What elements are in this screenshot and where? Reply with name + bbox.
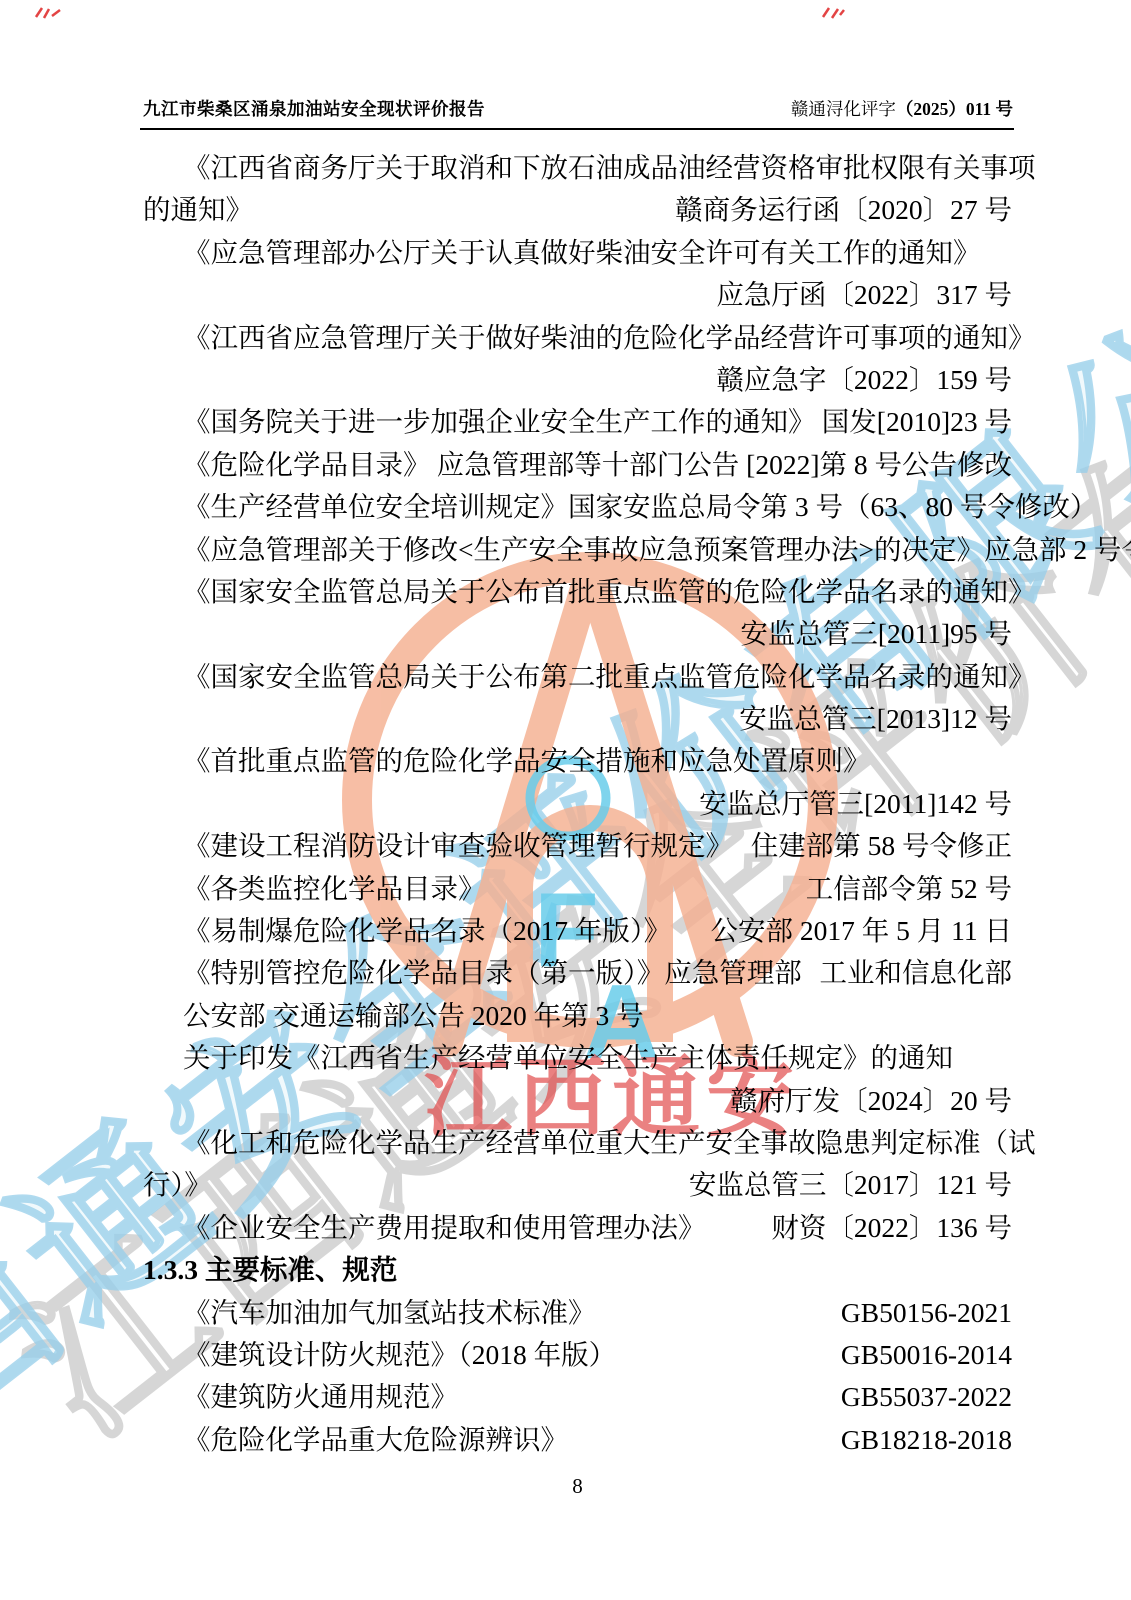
doc-line: 《建筑防火通用规范》GB55037-2022 [143,1376,1012,1418]
doc-line-title: 关于印发《江西省生产经营单位安全生产主体责任规定》的通知 [143,1037,953,1079]
doc-line-title: 《特别管控危险化学品目录（第一版）》应急管理部 [143,952,802,994]
doc-line-number: 赣应急字〔2022〕159 号 [716,359,1012,401]
doc-line: 《应急管理部关于修改<生产安全事故应急预案管理办法>的决定》应急部 2 号令 [143,529,1012,571]
doc-line-title: 《首批重点监管的危险化学品安全措施和应急处置原则》 [143,740,871,782]
doc-line: 《各类监控化学品目录》工信部令第 52 号 [143,868,1012,910]
page-number: 8 [143,1474,1012,1499]
doc-line-number: 国家安监总局令第 3 号（63、80 号令修改） [568,486,1097,528]
document-page: 江西通安全评价有限公司 江西通安全评价有限公司 F A 江西通安 九江市柴桑区涌… [0,0,1131,1600]
doc-line-number: 安监总管三[2011]95 号 [740,613,1012,655]
doc-line: 《建设工程消防设计审查验收管理暂行规定》住建部第 58 号令修正 [143,825,1012,867]
doc-line-number: 公安部 2017 年 5 月 11 日 [711,910,1012,952]
doc-line-title: 《各类监控化学品目录》 [143,868,486,910]
doc-line-number: 安监总管三[2013]12 号 [739,698,1012,740]
doc-line: 行）》安监总管三〔2017〕121 号 [143,1164,1012,1206]
doc-line-title: 《生产经营单位安全培训规定》 [143,486,568,528]
doc-line: 《建筑设计防火规范》（2018 年版）GB50016-2014 [143,1334,1012,1376]
doc-line-title: 《应急管理部办公厅关于认真做好柴油安全许可有关工作的通知》 [143,232,981,274]
doc-line-number: 应急管理部等十部门公告 [2022]第 8 号公告修改 [437,444,1012,486]
doc-line: 《首批重点监管的危险化学品安全措施和应急处置原则》 [143,740,1012,782]
doc-line: 《特别管控危险化学品目录（第一版）》应急管理部工业和信息化部 [143,952,1012,994]
doc-line: 《江西省商务厅关于取消和下放石油成品油经营资格审批权限有关事项 [143,147,1012,189]
doc-line: 《危险化学品目录》应急管理部等十部门公告 [2022]第 8 号公告修改 [143,444,1012,486]
doc-line: 《汽车加油加气加氢站技术标准》GB50156-2021 [143,1292,1012,1334]
doc-line-number: GB55037-2022 [841,1376,1012,1418]
doc-line: 安监总管三[2013]12 号 [143,698,1012,740]
doc-line: 的通知》赣商务运行函〔2020〕27 号 [143,189,1012,231]
doc-line-number: GB18218-2018 [841,1419,1012,1461]
doc-line-number: GB50016-2014 [841,1334,1012,1376]
header-document-code: 赣通浔化评字（2025）011 号 [791,96,1013,121]
document-body: 《江西省商务厅关于取消和下放石油成品油经营资格审批权限有关事项的通知》赣商务运行… [143,147,1012,1461]
doc-line-title: 《国家安全监管总局关于公布首批重点监管的危险化学品名录的通知》 [143,571,1036,613]
doc-line: 《易制爆危险化学品名录（2017 年版）》公安部 2017 年 5 月 11 日 [143,910,1012,952]
doc-line-title: 《建筑防火通用规范》 [143,1376,458,1418]
doc-line-title: 《汽车加油加气加氢站技术标准》 [143,1292,596,1334]
doc-line: 应急厅函〔2022〕317 号 [143,274,1012,316]
doc-line-number: 赣商务运行函〔2020〕27 号 [675,189,1012,231]
red-annotation-mark-left [34,5,64,21]
doc-line-title: 《建筑设计防火规范》（2018 年版） [143,1334,616,1376]
doc-line-title: 《易制爆危险化学品名录（2017 年版）》 [143,910,671,952]
doc-line-number: 安监总管三〔2017〕121 号 [689,1164,1012,1206]
doc-line: 《化工和危险化学品生产经营单位重大生产安全事故隐患判定标准（试 [143,1122,1012,1164]
doc-line-number: 财资〔2022〕136 号 [771,1207,1012,1249]
header-report-title: 九江市柴桑区涌泉加油站安全现状评价报告 [143,96,485,121]
doc-line-title: 行）》 [143,1164,212,1206]
doc-line-number: GB50156-2021 [841,1292,1012,1334]
doc-line-number: 应急部 2 号令 [984,529,1131,571]
doc-line-title: 公安部 交通运输部公告 2020 年第 3 号 [143,995,644,1037]
header-code-prefix: 赣通浔化评字 [791,99,896,119]
doc-line-title: 1.3.3 主要标准、规范 [143,1249,397,1291]
doc-line-number: 应急厅函〔2022〕317 号 [716,274,1012,316]
doc-line-title: 的通知》 [143,189,253,231]
doc-line: 《企业安全生产费用提取和使用管理办法》财资〔2022〕136 号 [143,1207,1012,1249]
doc-line: 《国家安全监管总局关于公布首批重点监管的危险化学品名录的通知》 [143,571,1012,613]
doc-line: 《危险化学品重大危险源辨识》GB18218-2018 [143,1419,1012,1461]
doc-line: 《生产经营单位安全培训规定》国家安监总局令第 3 号（63、80 号令修改） [143,486,1012,528]
doc-line-title: 《企业安全生产费用提取和使用管理办法》 [143,1207,706,1249]
doc-line: 关于印发《江西省生产经营单位安全生产主体责任规定》的通知 [143,1037,1012,1079]
doc-line-title: 《应急管理部关于修改<生产安全事故应急预案管理办法>的决定》 [143,529,984,571]
doc-line: 安监总管三[2011]95 号 [143,613,1012,655]
header-divider-line [140,128,1014,130]
doc-line-title: 《国务院关于进一步加强企业安全生产工作的通知》 [143,401,816,443]
doc-line-title: 《危险化学品重大危险源辨识》 [143,1419,568,1461]
doc-line-title: 《危险化学品目录》 [143,444,431,486]
doc-line: 赣府厅发〔2024〕20 号 [143,1080,1012,1122]
doc-line: 《国务院关于进一步加强企业安全生产工作的通知》国发[2010]23 号 [143,401,1012,443]
doc-line: 安监总厅管三[2011]142 号 [143,783,1012,825]
doc-line-number: 国发[2010]23 号 [822,401,1012,443]
doc-line-title: 《江西省应急管理厅关于做好柴油的危险化学品经营许可事项的通知》 [143,317,1036,359]
header-code-number: （2025）011 号 [896,99,1013,119]
doc-line: 公安部 交通运输部公告 2020 年第 3 号 [143,995,1012,1037]
doc-line-title: 《国家安全监管总局关于公布第二批重点监管危险化学品名录的通知》 [143,656,1036,698]
doc-line-number: 工信部令第 52 号 [806,868,1012,910]
doc-line: 1.3.3 主要标准、规范 [143,1249,1012,1291]
doc-line-number: 赣府厅发〔2024〕20 号 [730,1080,1012,1122]
doc-line-title: 《建设工程消防设计审查验收管理暂行规定》 [143,825,733,867]
doc-line-number: 工业和信息化部 [820,952,1013,994]
doc-line-number: 住建部第 58 号令修正 [751,825,1012,867]
doc-line: 《国家安全监管总局关于公布第二批重点监管危险化学品名录的通知》 [143,656,1012,698]
doc-line: 赣应急字〔2022〕159 号 [143,359,1012,401]
red-annotation-mark-right [820,5,846,21]
doc-line: 《江西省应急管理厅关于做好柴油的危险化学品经营许可事项的通知》 [143,317,1012,359]
doc-line-number: 安监总厅管三[2011]142 号 [699,783,1012,825]
doc-line: 《应急管理部办公厅关于认真做好柴油安全许可有关工作的通知》 [143,232,1012,274]
